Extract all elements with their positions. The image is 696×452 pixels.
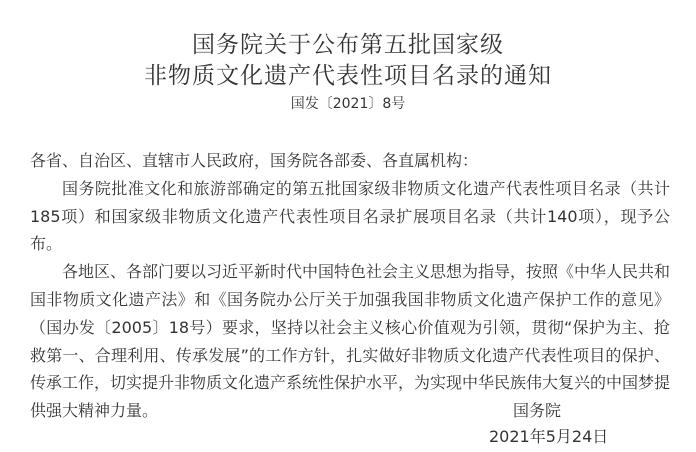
issuing-authority: 国务院	[513, 400, 561, 422]
paragraph-requirements: 各地区、各部门要以习近平新时代中国特色社会主义思想为指导，按照《中华人民共和国非…	[30, 258, 670, 425]
document-body: 各省、自治区、直辖市人民政府，国务院各部委、各直属机构： 国务院批准文化和旅游部…	[30, 147, 670, 425]
document-number: 国发〔2021〕8号	[0, 94, 696, 114]
document-title-line-1: 国务院关于公布第五批国家级	[0, 30, 696, 60]
document-title-line-2: 非物质文化遗产代表性项目名录的通知	[0, 61, 696, 91]
paragraph-announcement: 国务院批准文化和旅游部确定的第五批国家级非物质文化遗产代表性项目名录（共计185…	[30, 175, 670, 258]
salutation: 各省、自治区、直辖市人民政府，国务院各部委、各直属机构：	[30, 147, 670, 175]
issue-date: 2021年5月24日	[489, 426, 608, 448]
